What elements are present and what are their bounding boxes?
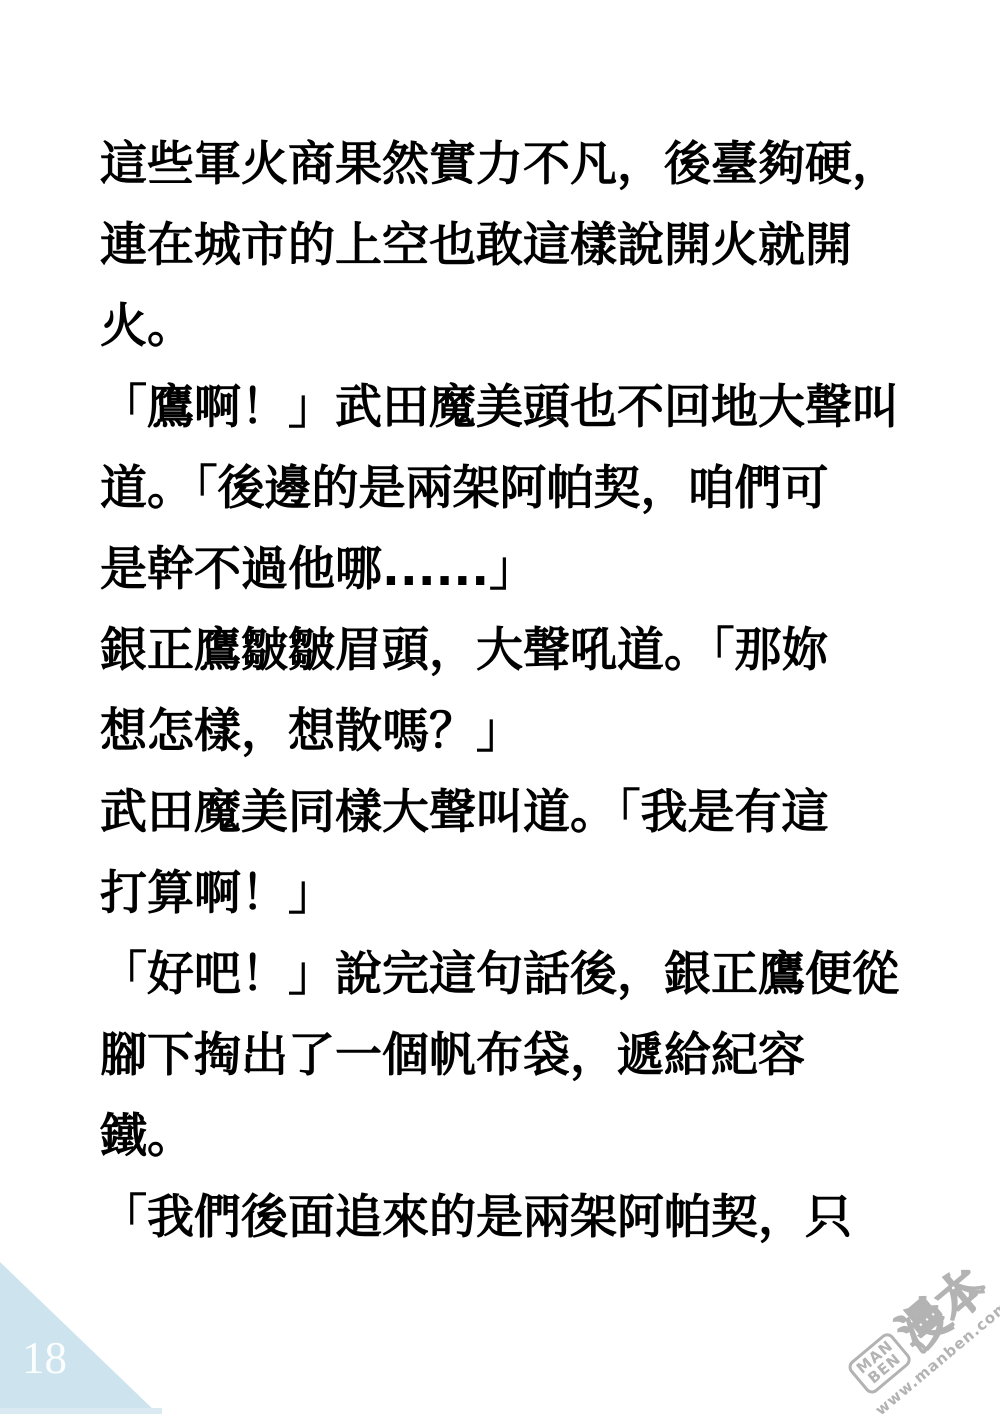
watermark-logo-row: MAN BEN 漫本 [842,1260,995,1400]
text-line-14: 「我們後面追來的是兩架阿帕契，只 [100,1177,970,1258]
logo-text-ben: BEN [866,1351,904,1386]
text-block: 這些軍火商果然實力不凡，後臺夠硬， 連在城市的上空也敢這樣說開火就開 火。 「鷹… [100,124,970,1258]
bottom-edge-strip [0,1408,162,1414]
page-number: 18 [22,1336,67,1381]
text-line-13: 鐵。 [100,1096,970,1177]
text-line-5: 道。「後邊的是兩架阿帕契，咱們可 [100,448,970,529]
text-line-9: 武田魔美同樣大聲叫道。「我是有這 [100,772,970,853]
manben-logo-stamp: MAN BEN [846,1330,915,1397]
novel-page: 這些軍火商果然實力不凡，後臺夠硬， 連在城市的上空也敢這樣說開火就開 火。 「鷹… [0,0,1000,1414]
watermark-rotated-content: MAN BEN 漫本 www.manben.com [838,1257,1000,1414]
text-line-1: 這些軍火商果然實力不凡，後臺夠硬， [100,124,970,205]
manben-watermark: MAN BEN 漫本 www.manben.com [838,1262,1000,1414]
watermark-url: www.manben.com [872,1297,1000,1414]
watermark-brand-characters: 漫本 [890,1260,996,1360]
text-line-7: 銀正鷹皺皺眉頭，大聲吼道。「那妳 [100,610,970,691]
logo-text-man: MAN [854,1338,896,1377]
text-line-8: 想怎樣，想散嗎？」 [100,691,970,772]
text-line-12: 腳下掏出了一個帆布袋，遞給紀容 [100,1015,970,1096]
text-line-4: 「鷹啊！」武田魔美頭也不回地大聲叫 [100,367,970,448]
text-line-10: 打算啊！」 [100,853,970,934]
text-line-11: 「好吧！」說完這句話後，銀正鷹便從 [100,934,970,1015]
text-line-2: 連在城市的上空也敢這樣說開火就開 [100,205,970,286]
text-line-3: 火。 [100,286,970,367]
text-line-6: 是幹不過他哪......」 [100,529,970,610]
